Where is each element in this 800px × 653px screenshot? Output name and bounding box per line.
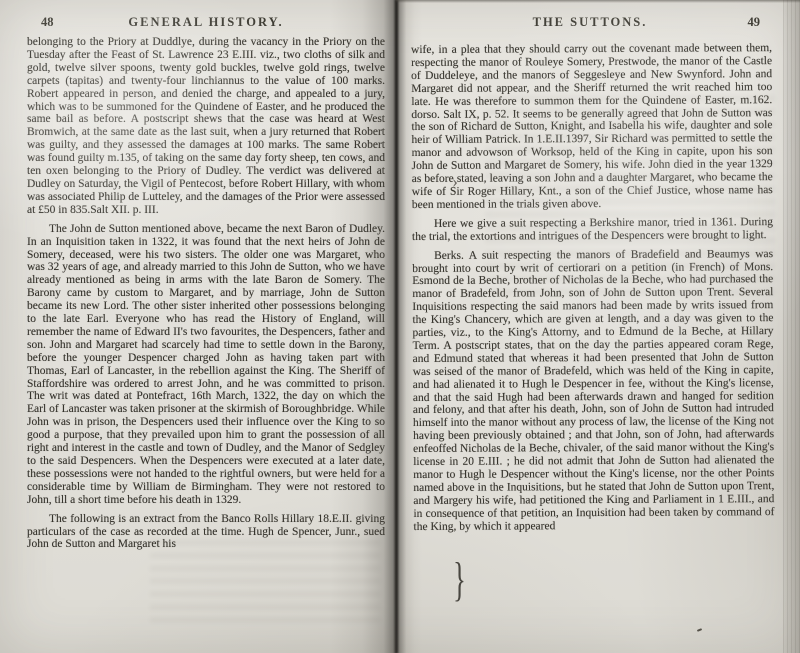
left-page-text: belonging to the Priory at Duddlye, duri… bbox=[27, 36, 385, 551]
book-spread: 48 GENERAL HISTORY. belonging to the Pri… bbox=[0, 0, 800, 653]
right-page-header: THE SUTTONS. 49 bbox=[408, 15, 772, 30]
paragraph: The John de Sutton mentioned above, beca… bbox=[27, 223, 385, 507]
fleck-artifact bbox=[697, 628, 702, 632]
brace-mark-artifact: } bbox=[453, 556, 466, 604]
ink-bleedthrough-left bbox=[150, 540, 380, 625]
left-page-header: 48 GENERAL HISTORY. bbox=[27, 15, 385, 30]
page-edge-right bbox=[783, 0, 800, 653]
paragraph: wife, in a plea that they should carry o… bbox=[411, 42, 773, 212]
page-edge-top bbox=[396, 0, 800, 3]
paragraph: Berks. A suit respecting the manors of B… bbox=[412, 248, 774, 534]
right-page-text: wife, in a plea that they should carry o… bbox=[411, 42, 775, 533]
left-running-title: GENERAL HISTORY. bbox=[27, 15, 385, 30]
right-page-number: 49 bbox=[748, 15, 761, 30]
right-running-title: THE SUTTONS. bbox=[408, 15, 772, 30]
gutter-fold-line bbox=[395, 0, 398, 653]
paragraph: Here we give a suit respecting a Berkshi… bbox=[412, 216, 773, 244]
paragraph: belonging to the Priory at Duddlye, duri… bbox=[27, 36, 385, 217]
paragraph: The following is an extract from the Ban… bbox=[27, 513, 385, 552]
